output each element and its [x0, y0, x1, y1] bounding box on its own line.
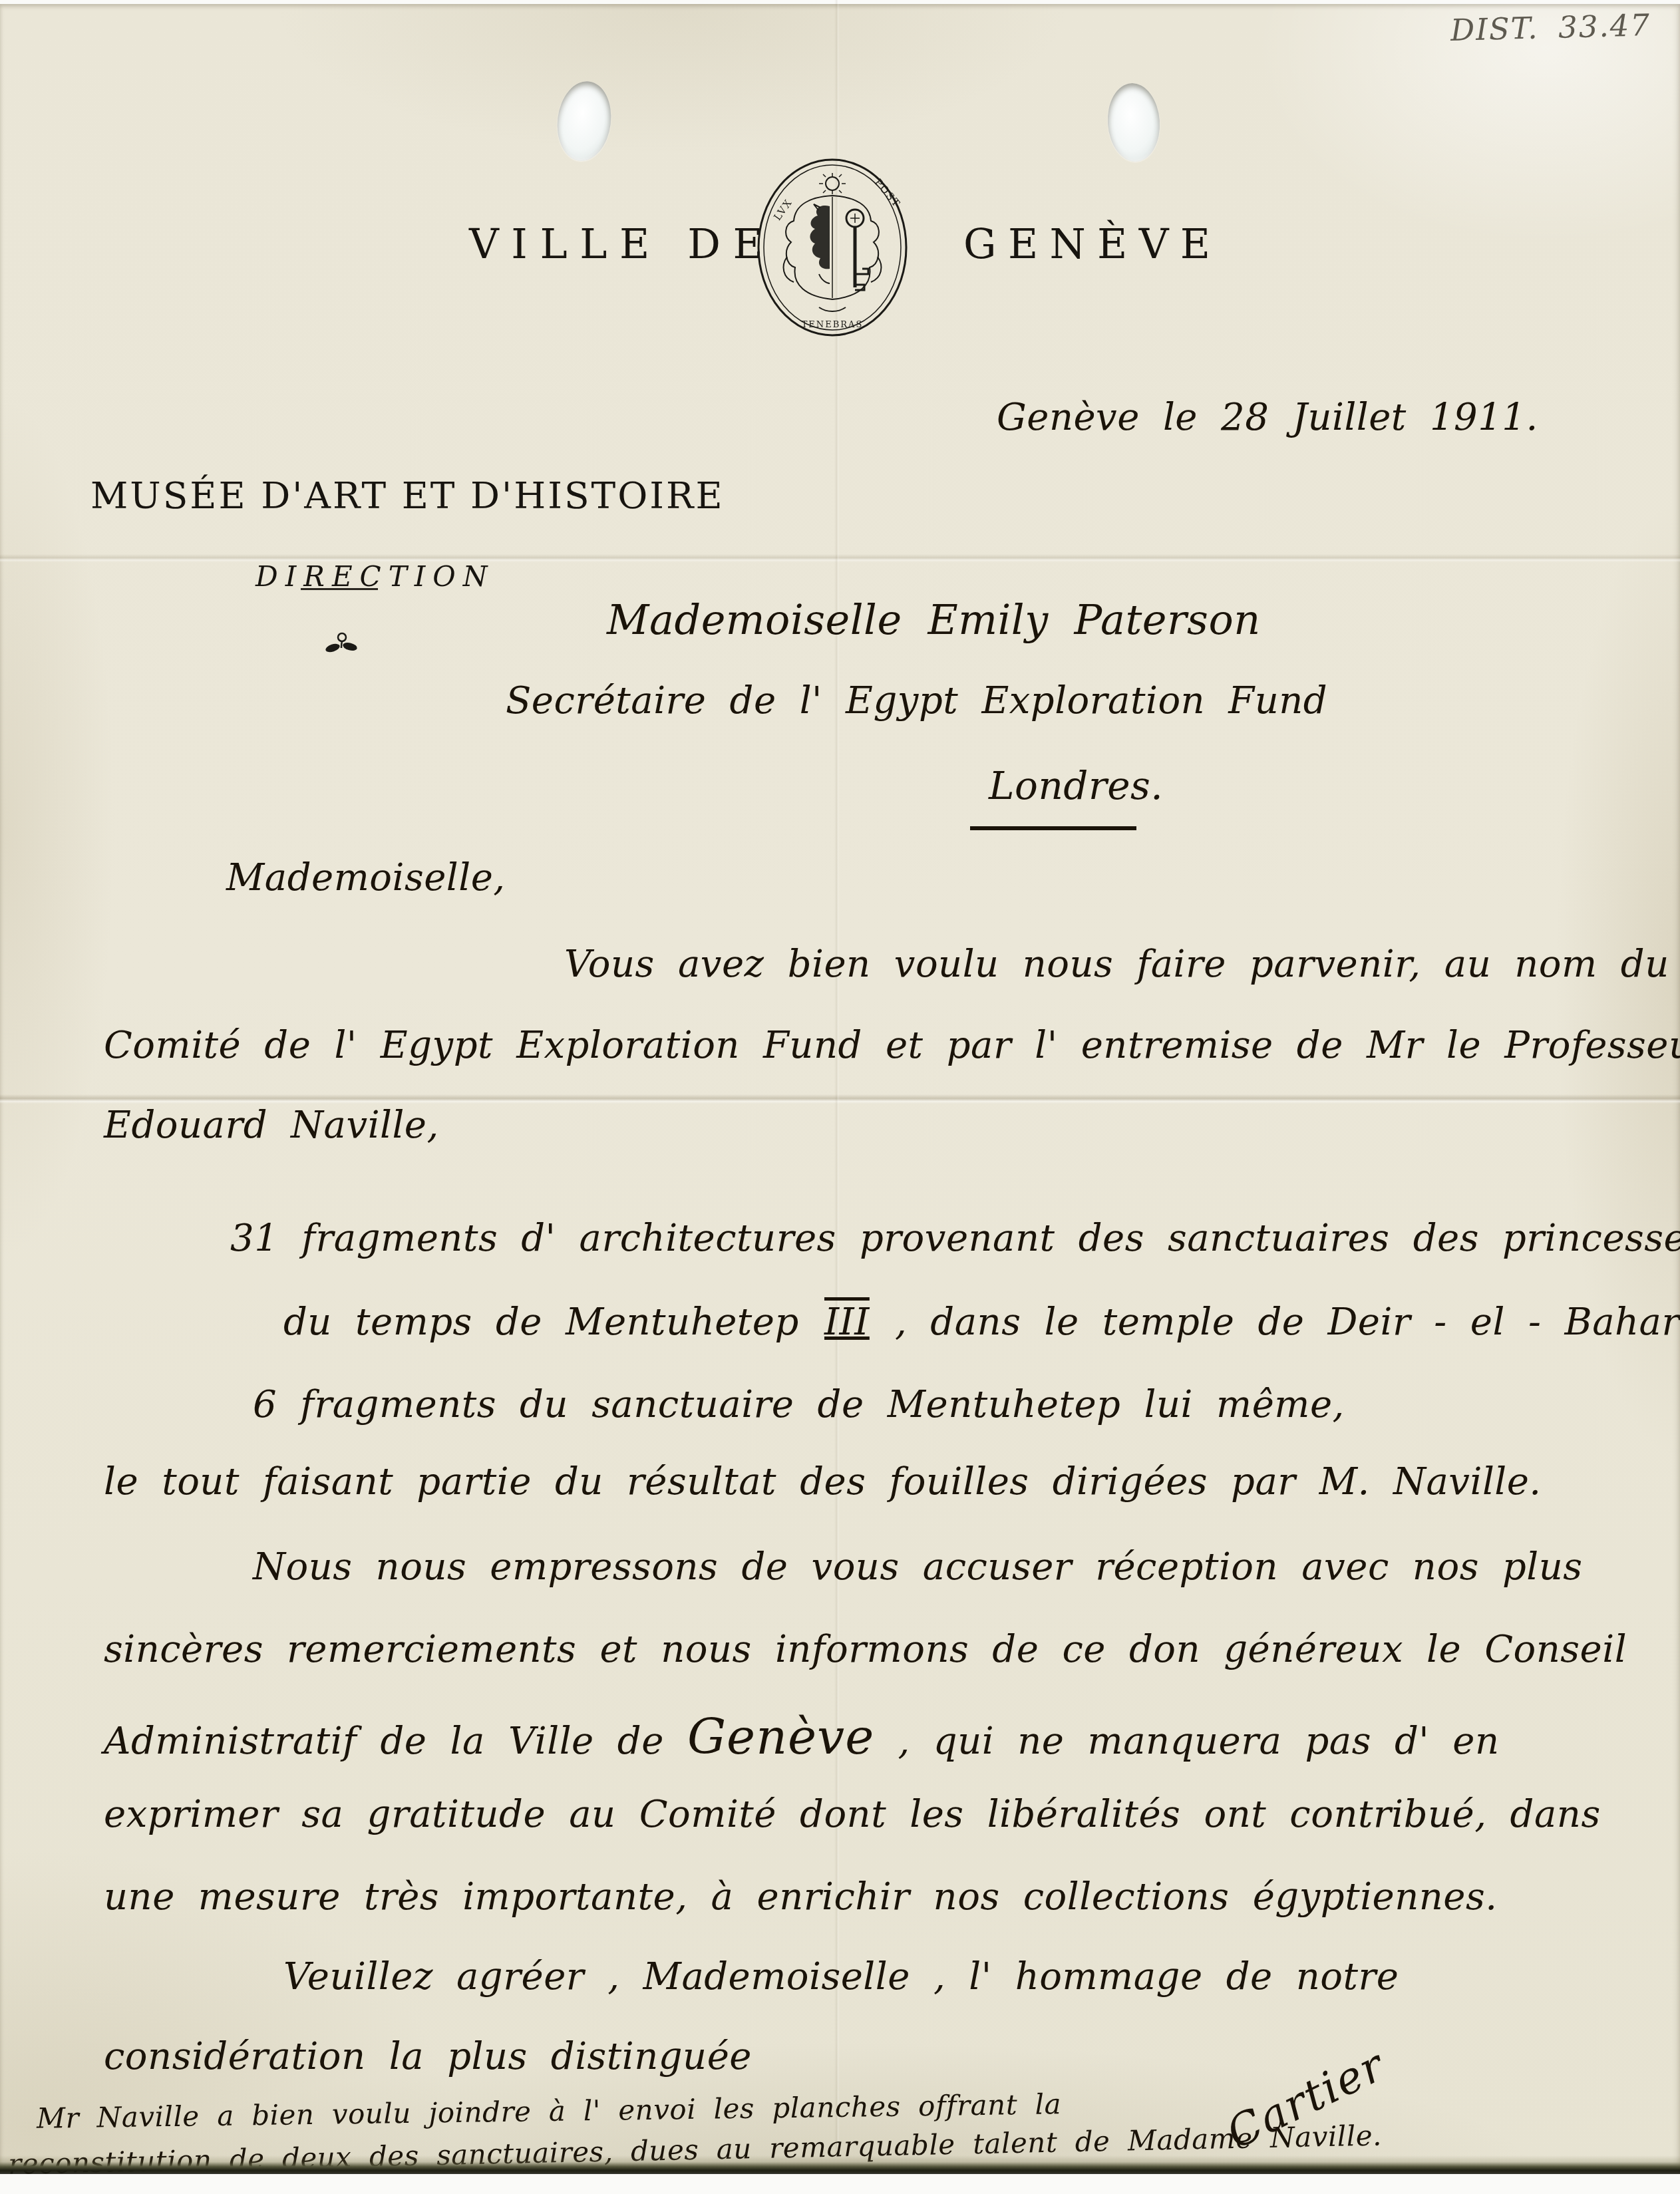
body-line: une mesure très importante, à enrichir n…	[104, 1876, 1498, 1919]
body-line: du temps de Mentuhetep III , dans le tem…	[283, 1301, 1680, 1344]
seal-motto-post: POST	[872, 176, 903, 210]
body-line-text: , qui ne manquera pas d' en	[874, 1720, 1499, 1763]
paper-bottom-edge-shadow	[0, 2155, 1680, 2174]
dateline: Genève le 28 Juillet 1911.	[997, 396, 1538, 439]
city-emphasis: Genève	[687, 1709, 874, 1766]
recipient-city-underline	[970, 826, 1136, 830]
geneva-coat-of-arms-icon: LVX POST TENEBRAS	[755, 157, 910, 338]
fleuron-icon	[323, 628, 359, 661]
letterhead-city-left: VILLE DE	[469, 224, 775, 265]
letterhead-museum: MUSÉE D'ART ET D'HISTOIRE	[90, 478, 725, 514]
body-line: exprimer sa gratitude au Comité dont les…	[104, 1794, 1601, 1836]
body-line: Vous avez bien voulu nous faire parvenir…	[564, 943, 1669, 986]
body-line-text: du temps de Mentuhetep	[283, 1301, 822, 1344]
body-line: 6 fragments du sanctuaire de Mentuhetep …	[253, 1384, 1345, 1426]
body-line-text: , dans le temple de Deir - el - Bahari ;	[872, 1301, 1680, 1344]
salutation: Mademoiselle,	[226, 857, 506, 899]
body-line: 31 fragments d' architectures provenant …	[230, 1217, 1680, 1260]
body-line: Administratif de la Ville de Genève , qu…	[104, 1710, 1500, 1766]
seal-motto-tenebras: TENEBRAS	[802, 320, 864, 330]
body-line: sincères remerciements et nous informons…	[104, 1629, 1627, 1671]
closing-line: Veuillez agréer , Mademoiselle , l' homm…	[283, 1956, 1399, 1998]
body-line: Edouard Naville,	[104, 1104, 439, 1147]
seal-motto-lux: LVX	[771, 196, 794, 223]
roman-numeral-iii: III	[822, 1301, 872, 1344]
body-line: Comité de l' Egypt Exploration Fund et p…	[104, 1024, 1680, 1067]
recipient-city: Londres.	[989, 764, 1163, 808]
recipient-title: Secrétaire de l' Egypt Exploration Fund	[506, 680, 1327, 722]
archival-number-note: DIST. 33.47	[1450, 8, 1651, 48]
body-line-text: Administratif de la Ville de	[104, 1720, 687, 1763]
closing-line: considération la plus distinguée	[104, 2036, 752, 2078]
recipient-name: Mademoiselle Emily Paterson	[607, 596, 1261, 643]
body-line: Nous nous empressons de vous accuser réc…	[253, 1546, 1583, 1589]
letterhead-office: DIRECTION	[255, 563, 494, 591]
scanned-letter-page: DIST. 33.47 VILLE DE GENÈVE LVX POST TEN…	[0, 0, 1680, 2194]
body-line: le tout faisant partie du résultat des f…	[104, 1461, 1542, 1503]
letterhead-city-right: GENÈVE	[963, 224, 1222, 265]
